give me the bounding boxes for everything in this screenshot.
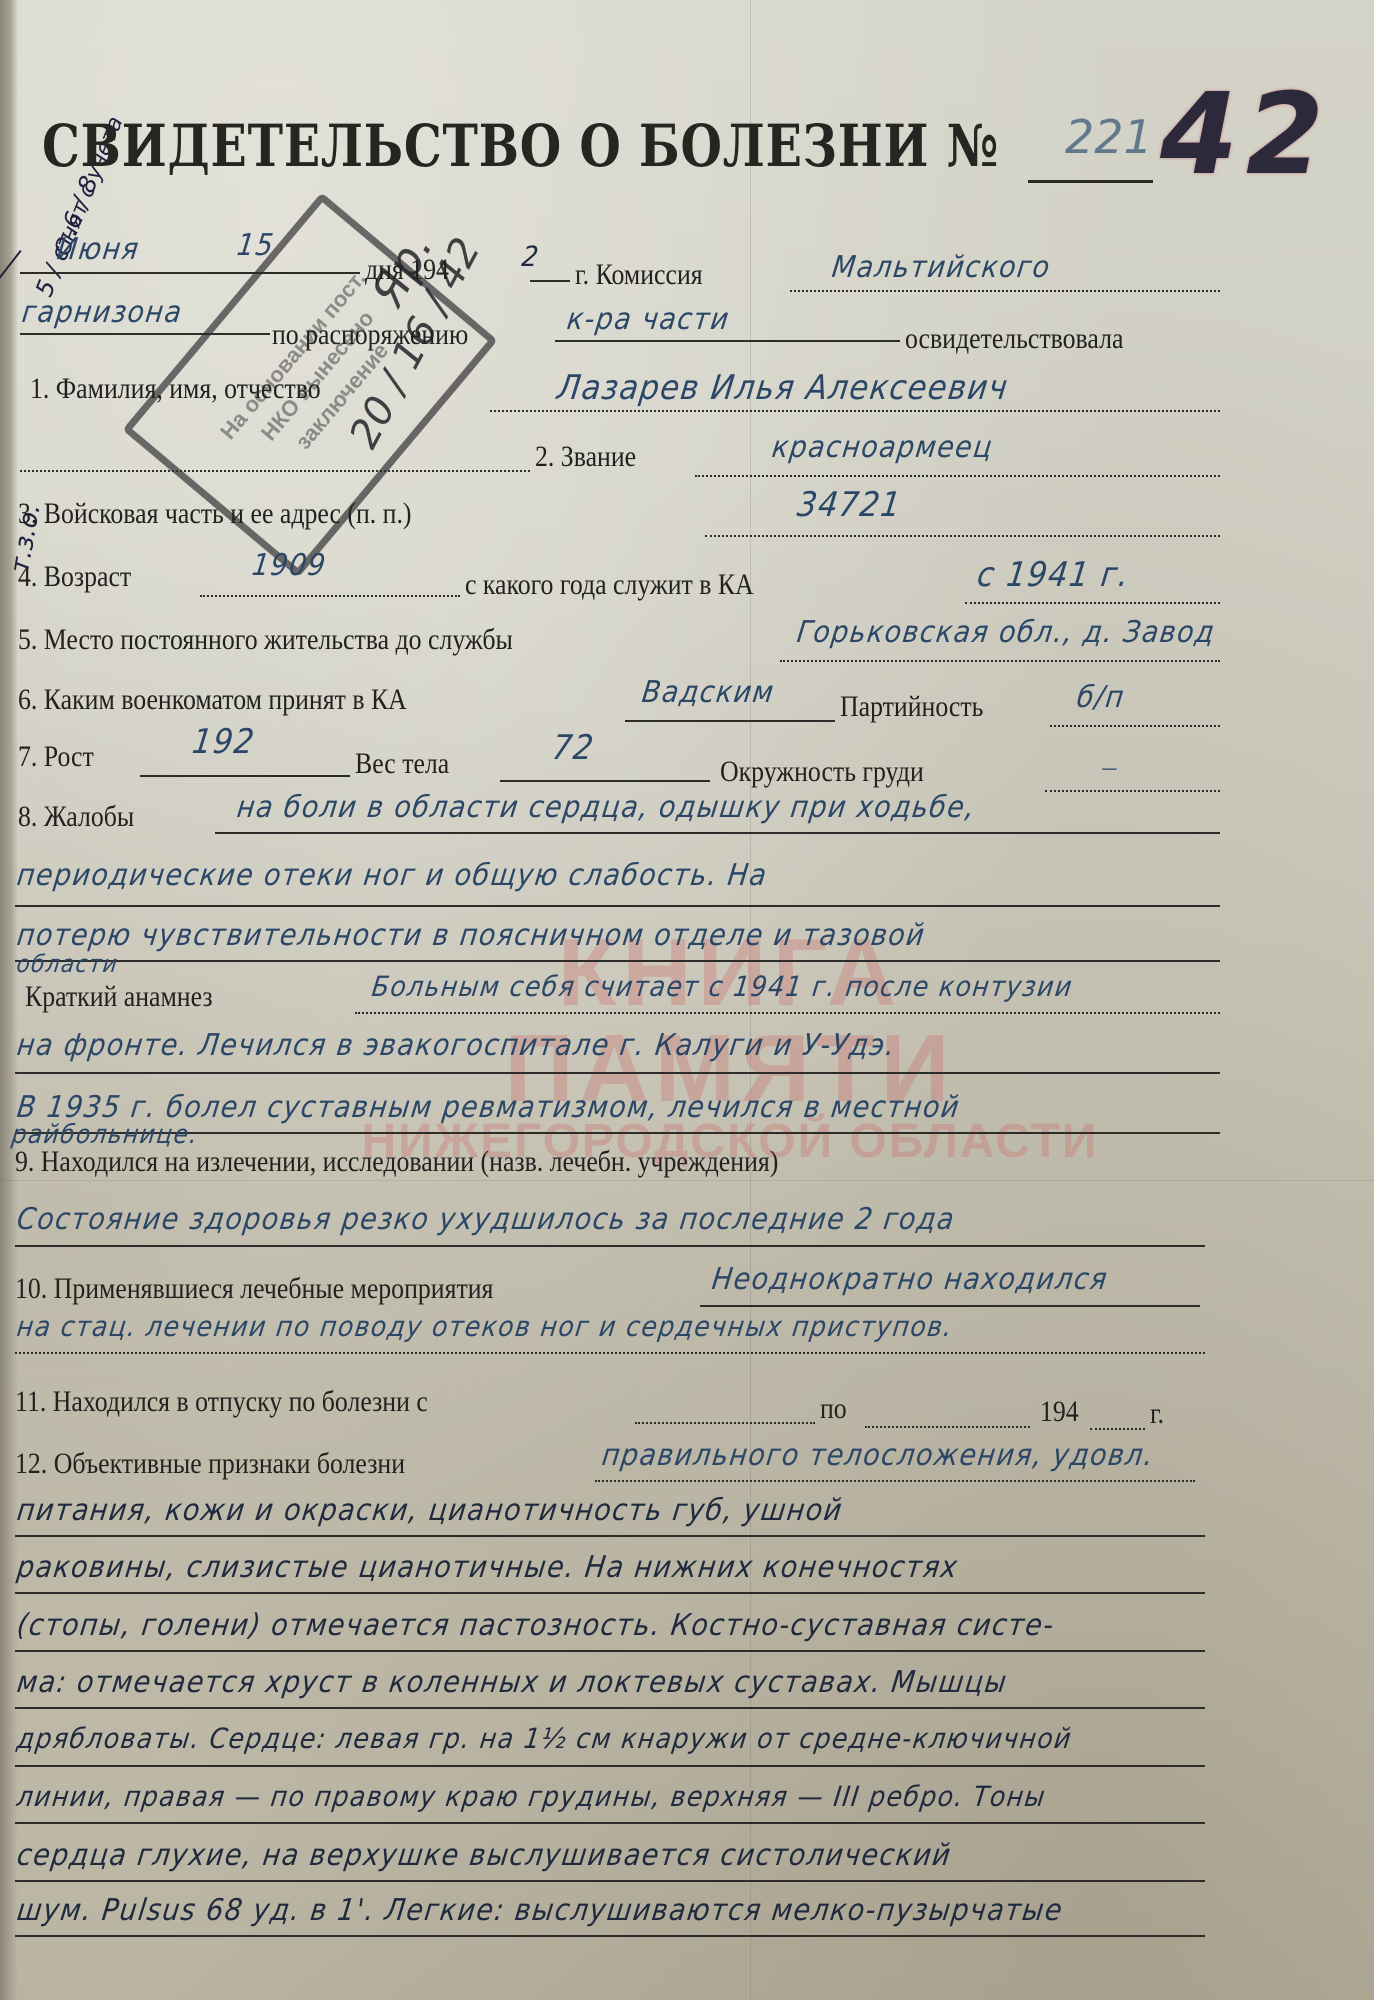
- sick-leave-to-line: [865, 1426, 1030, 1428]
- label-residence: 5. Место постоянного жительства до служб…: [18, 623, 513, 657]
- height-line: [140, 775, 350, 777]
- military-office-value: Вадским: [640, 675, 777, 710]
- commission-line: [790, 290, 1220, 292]
- paper-fold: [0, 1180, 1374, 1181]
- objective-signs-text-2: питания, кожи и окраски, цианотичность г…: [15, 1493, 845, 1528]
- complaints-text-1: на боли в области сердца, одышку при ход…: [235, 790, 978, 825]
- label-service-since: с какого года служит в КА: [465, 568, 754, 602]
- name-continuation-line: [20, 470, 530, 472]
- anamnesis-text-1: Больным себя считает с 1941 г. после кон…: [370, 970, 1075, 1003]
- date-month: Июня: [55, 232, 142, 267]
- label-commission: г. Комиссия: [575, 258, 703, 292]
- objective-signs-line-5: [15, 1707, 1205, 1709]
- anamnesis-line-1: [355, 1012, 1220, 1014]
- label-rank: 2. Звание: [535, 440, 636, 474]
- full-name-line: [490, 410, 1220, 412]
- complaints-line-3: [15, 960, 1220, 962]
- label-party: Партийность: [840, 690, 983, 724]
- label-anamnesis: Краткий анамнез: [25, 980, 213, 1014]
- objective-signs-text-9: шум. Pulsus 68 уд. в 1'. Легкие: выслуши…: [15, 1893, 1065, 1928]
- certificate-number-blue: 221: [1065, 110, 1153, 164]
- anamnesis-line-2: [15, 1072, 1220, 1074]
- order-value: к-ра части: [565, 302, 732, 337]
- complaints-line-1: [215, 832, 1220, 834]
- label-sick-leave-to: по: [820, 1392, 847, 1426]
- military-office-line: [625, 720, 835, 722]
- label-sick-leave-g: г.: [1150, 1397, 1164, 1431]
- rank-line: [695, 475, 1220, 477]
- objective-signs-line-8: [15, 1880, 1205, 1882]
- sick-leave-from-line: [635, 1422, 815, 1424]
- objective-signs-line-4: [15, 1650, 1205, 1652]
- objective-signs-text-7: линии, правая — по правому краю грудины,…: [15, 1780, 1048, 1813]
- weight-line: [500, 780, 710, 782]
- label-age: 4. Возраст: [18, 560, 131, 594]
- objective-signs-text-8: сердца глухие, на верхушке выслушивается…: [15, 1838, 954, 1873]
- service-since-value: с 1941 г.: [975, 555, 1132, 595]
- label-treatment-measures: 10. Применявшиеся лечебные мероприятия: [15, 1272, 493, 1306]
- objective-signs-line-7: [15, 1822, 1205, 1824]
- objective-signs-text-3: раковины, слизистые цианотичные. На нижн…: [15, 1550, 960, 1585]
- unit-line: [705, 535, 1220, 537]
- label-by-order: по распоряжению: [272, 318, 468, 352]
- date-day: 15: [235, 228, 276, 263]
- year-line: [530, 280, 570, 282]
- height-value: 192: [190, 722, 258, 762]
- certificate-number: 42: [1160, 70, 1332, 200]
- objective-signs-line-9: [15, 1935, 1205, 1937]
- label-complaints: 8. Жалобы: [18, 800, 134, 834]
- rank-value: красноармеец: [770, 430, 995, 465]
- full-name-value: Лазарев Илья Алексеевич: [555, 368, 1011, 408]
- age-value: 1909: [250, 548, 329, 583]
- complaints-text-2: периодические отеки ног и общую слабость…: [15, 858, 770, 893]
- page-edge: [0, 0, 18, 2000]
- weight-value: 72: [550, 728, 597, 768]
- treatment-measures-line-2: [15, 1352, 1205, 1354]
- label-height: 7. Рост: [18, 740, 94, 774]
- chest-value: —: [1100, 758, 1120, 779]
- chest-line: [1045, 790, 1220, 792]
- label-day: дня 194: [365, 253, 449, 287]
- sick-leave-year-line: [1090, 1428, 1145, 1430]
- label-treatment-place: 9. Находился на излечении, исследовании …: [15, 1145, 778, 1179]
- service-since-line: [965, 602, 1220, 604]
- label-sick-leave-year: 194: [1040, 1395, 1079, 1429]
- treatment-place-text: Состояние здоровья резко ухудшилось за п…: [15, 1202, 957, 1237]
- order-line: [555, 340, 900, 342]
- objective-signs-line-3: [15, 1592, 1205, 1594]
- label-objective-signs: 12. Объективные признаки болезни: [15, 1447, 405, 1481]
- label-weight: Вес тела: [355, 747, 449, 781]
- unit-value: 34721: [795, 485, 904, 525]
- objective-signs-text-5: ма: отмечается хруст в коленных и локтев…: [15, 1665, 1010, 1700]
- objective-signs-line-2: [15, 1535, 1205, 1537]
- objective-signs-text-4: (стопы, голени) отмечается пастозность. …: [15, 1608, 1057, 1643]
- label-military-office: 6. Каким военкоматом принят в КА: [18, 683, 407, 717]
- date-line: [20, 272, 360, 274]
- label-full-name: 1. Фамилия, имя, отчество: [30, 372, 321, 406]
- objective-signs-text-6: дрябловаты. Сердце: левая гр. на 1½ см к…: [15, 1722, 1074, 1755]
- treatment-measures-line-1: [700, 1305, 1200, 1307]
- complaints-text-4: области: [15, 950, 120, 978]
- number-underline: [1028, 180, 1153, 183]
- objective-signs-text-1: правильного телосложения, удовл.: [600, 1438, 1156, 1473]
- complaints-text-3: потерю чувствительности в поясничном отд…: [15, 918, 927, 953]
- label-chest: Окружность груди: [720, 755, 924, 789]
- label-unit: 3. Войсковая часть и ее адрес (п. п.): [18, 497, 412, 531]
- party-line: [1050, 725, 1220, 727]
- garrison-value: гарнизона: [20, 295, 185, 330]
- complaints-line-2: [15, 905, 1220, 907]
- residence-line: [780, 660, 1220, 662]
- treatment-place-line: [15, 1245, 1205, 1247]
- label-certified: освидетельствовала: [905, 322, 1123, 356]
- treatment-measures-text-2: на стац. лечении по поводу отеков ног и …: [15, 1310, 955, 1343]
- age-line: [200, 595, 460, 597]
- anamnesis-text-2: на фронте. Лечился в эвакогоспитале г. К…: [15, 1028, 898, 1063]
- document-title: СВИДЕТЕЛЬСТВО О БОЛЕЗНИ №: [42, 112, 999, 180]
- treatment-measures-text-1: Неоднократно находился: [710, 1262, 1110, 1297]
- residence-value: Горьковская обл., д. Завод: [795, 615, 1217, 650]
- label-sick-leave: 11. Находился в отпуску по болезни с: [15, 1385, 428, 1419]
- objective-signs-line-1: [595, 1480, 1195, 1482]
- party-value: б/п: [1075, 680, 1127, 715]
- garrison-line: [20, 333, 270, 335]
- objective-signs-line-6: [15, 1765, 1205, 1767]
- commission-value: Мальтийского: [830, 250, 1053, 285]
